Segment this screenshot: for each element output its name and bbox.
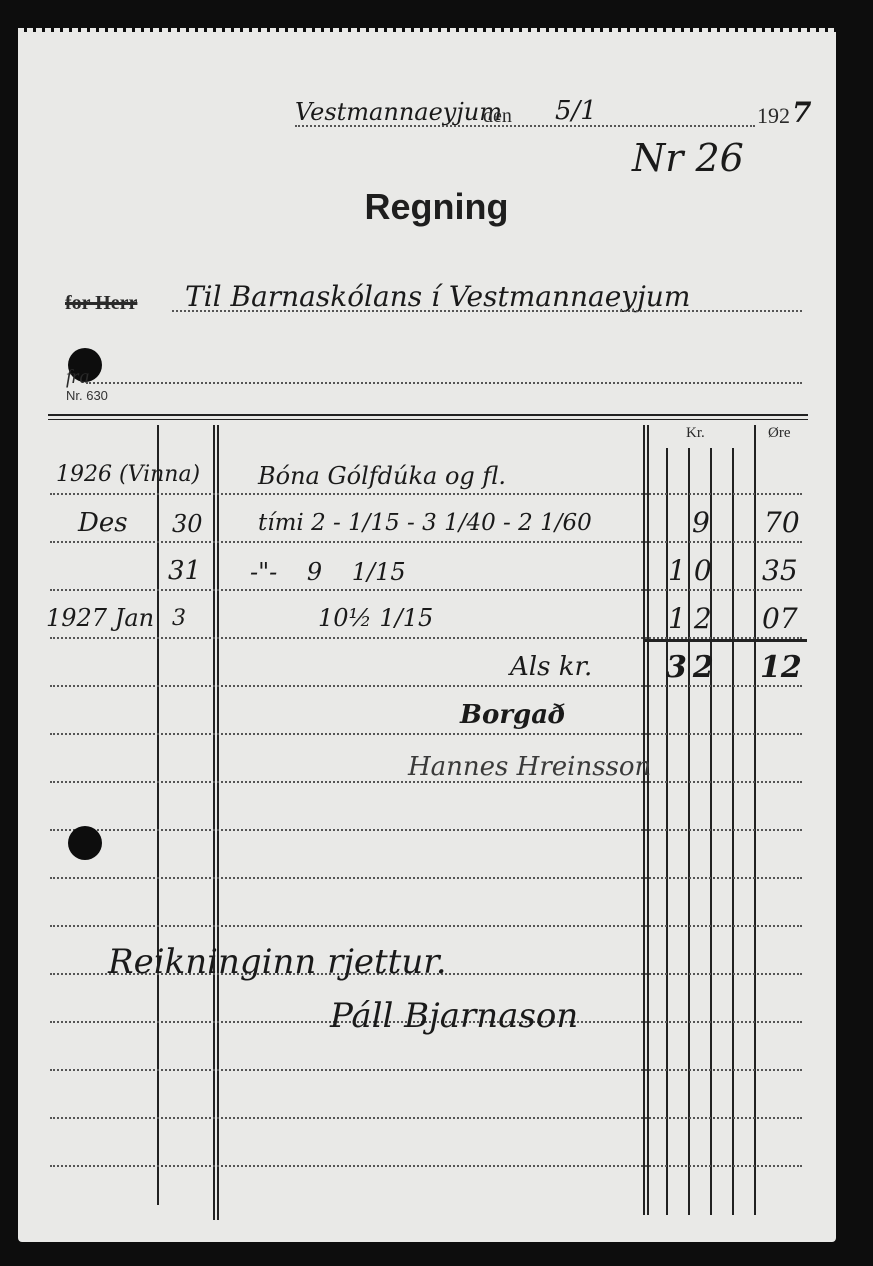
- row-day: 30: [172, 510, 203, 538]
- from-label: fra: [66, 366, 89, 389]
- col-line-ore: [754, 425, 756, 1215]
- row-description: -"- 9 1/15: [250, 558, 406, 586]
- row-date: 1926 (Vinna): [56, 462, 200, 487]
- col-line-kr-sub4: [732, 448, 734, 1215]
- place-handwritten: Vestmannaeyjum: [295, 98, 502, 126]
- row-ore: 35: [762, 554, 798, 587]
- row-description: Bóna Gólfdúka og fl.: [258, 462, 506, 490]
- col-line-day-a: [213, 425, 215, 1220]
- row-ore: 70: [764, 506, 800, 539]
- sum-rule: [645, 639, 807, 642]
- document-title: Regning: [0, 186, 873, 228]
- row-ore: 07: [762, 602, 798, 635]
- date-dotted-line: [295, 125, 755, 127]
- row-day: 31: [168, 556, 201, 586]
- row-kr: 9: [692, 506, 710, 539]
- year-printed: 192: [757, 103, 790, 129]
- col-line-kr-a: [643, 425, 645, 1215]
- recipient-printed-label: for Herr: [65, 292, 137, 315]
- table-top-rule-2: [48, 419, 808, 420]
- row-description: tími 2 - 1/15 - 3 1/40 - 2 1/60: [258, 510, 592, 536]
- total-label: Als kr.: [510, 652, 592, 682]
- row-kr: 10: [668, 554, 720, 587]
- form-number: Nr. 630: [66, 388, 108, 403]
- row-description: 10½ 1/15: [318, 604, 433, 632]
- table-top-rule: [48, 414, 808, 416]
- ore-column-header: Øre: [768, 425, 791, 442]
- total-kr: 32: [666, 650, 720, 685]
- row-date: Des: [78, 508, 128, 538]
- invoice-number: Nr 26: [632, 136, 744, 180]
- approval-note: Reikninginn rjettur.: [108, 942, 447, 982]
- recipient-handwritten: Til Barnaskólans í Vestmannaeyjum: [185, 280, 690, 313]
- col-line-day-b: [217, 425, 219, 1220]
- paid-label: Borgað: [460, 700, 565, 730]
- approver-signature: Páll Bjarnason: [330, 996, 578, 1036]
- from-dotted-line: [86, 382, 802, 384]
- row-date: 1927 Jan: [46, 604, 154, 632]
- recipient-dotted-line: [172, 310, 802, 312]
- row-day: 3: [172, 606, 186, 631]
- punch-hole-bottom: [68, 826, 102, 860]
- receiver-signature: Hannes Hreinsson: [408, 752, 651, 782]
- col-line-kr-b: [647, 425, 649, 1215]
- year-handwritten: 7: [792, 96, 811, 129]
- row-kr: 12: [668, 602, 720, 635]
- total-ore: 12: [760, 650, 802, 685]
- date-handwritten: 5/1: [555, 96, 597, 126]
- kr-column-header: Kr.: [686, 425, 705, 442]
